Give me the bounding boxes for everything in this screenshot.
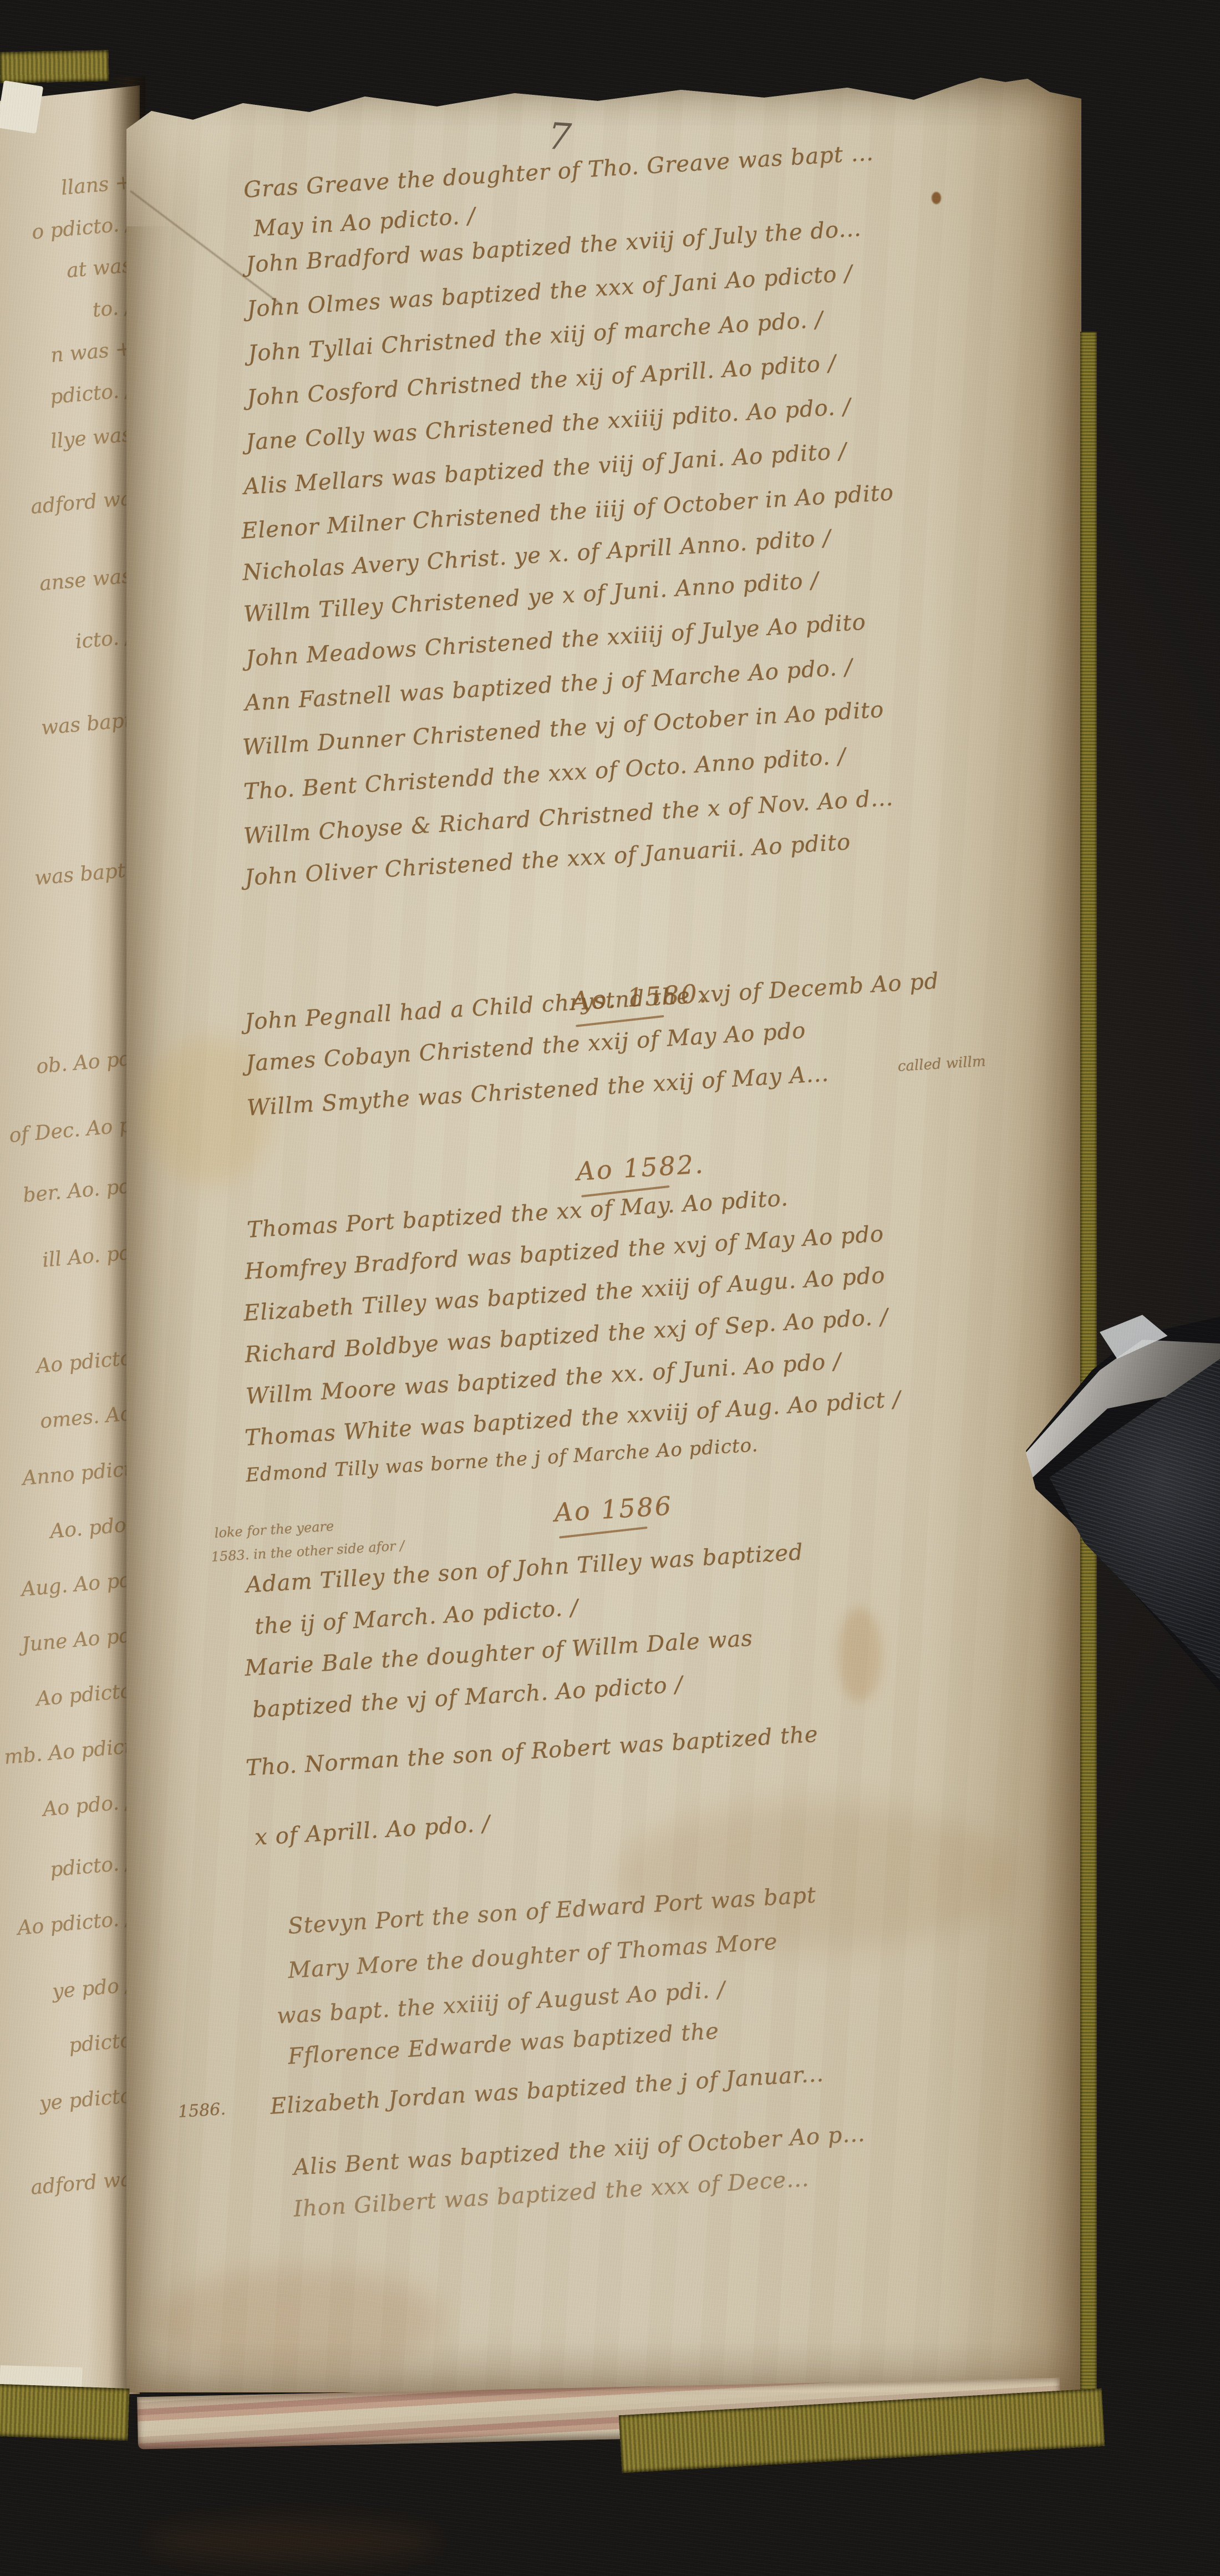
photo-backdrop: llans +o pdicto. /at wasto. /n was +pdic…	[0, 0, 1220, 2576]
ink-stain	[932, 192, 941, 204]
page-corner-fold	[126, 99, 282, 226]
backdrop-smear	[149, 2518, 437, 2565]
binding-cloth-bottom-left	[0, 2384, 130, 2441]
parchment-stain	[837, 1608, 882, 1702]
main-page: 7 Gras Greave the doughter of Tho. Greav…	[126, 77, 1081, 2392]
manuscript-line: the ij of March. Ao pdicto. /	[254, 1595, 579, 1640]
manuscript-line: Fflorence Edwarde was baptized the	[287, 2019, 720, 2070]
binding-cloth-top	[0, 50, 109, 83]
manuscript-line: Ao 1586	[553, 1490, 673, 1528]
parchment-stain	[154, 2268, 443, 2373]
book-clip	[1026, 1309, 1220, 1692]
manuscript-line: Tho. Norman the son of Robert was baptiz…	[245, 1722, 819, 1781]
manuscript-line: x of Aprill. Ao pdo. /	[254, 1811, 491, 1850]
manuscript-line: Mary More the doughter of Thomas More	[287, 1929, 779, 1984]
manuscript-line: May in Ao pdicto. /	[253, 203, 476, 242]
page-edge-sliver-top	[0, 80, 43, 134]
manuscript-line: loke for the yeare	[214, 1518, 334, 1541]
parchment-stain	[614, 1802, 1014, 1951]
manuscript-line: 1583. in the other side afor /	[211, 1538, 405, 1565]
manuscript-line: Elizabeth Jordan was baptized the j of J…	[270, 2061, 825, 2119]
manuscript-line: baptized the vj of March. Ao pdicto /	[252, 1672, 684, 1723]
manuscript-line: was bapt. the xxiiij of August Ao pdi. /	[276, 1977, 726, 2029]
manuscript-line: Ao 1582.	[576, 1149, 705, 1186]
manuscript-line: called willm	[897, 1053, 986, 1075]
manuscript-line: 1586.	[177, 2100, 226, 2122]
page-number: 7	[546, 115, 572, 159]
